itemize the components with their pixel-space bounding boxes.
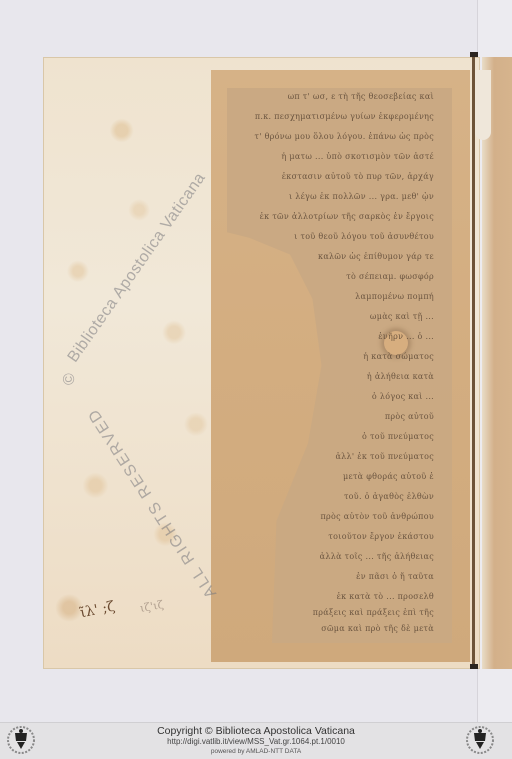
text-line: ὁ λόγος καὶ ... bbox=[349, 392, 434, 401]
text-line: ἐν πᾶσι ὁ ἤ ταῦτα bbox=[259, 572, 434, 581]
binding-tab-bottom bbox=[470, 664, 478, 669]
text-line: καλῶν ὡς ἐπίθυμον γάρ τε bbox=[284, 252, 434, 261]
text-line: τοῦ. ὁ ἀγαθὸς ἐλθὼν bbox=[309, 492, 434, 501]
manuscript-text: ωπ τ' ωσ, ε τὴ τῆς θεοσεβείας καὶ π.κ. π… bbox=[227, 88, 452, 643]
adjacent-leaf bbox=[482, 57, 512, 669]
permalink-url[interactable]: http://digi.vatlib.it/view/MSS_Vat.gr.10… bbox=[0, 737, 512, 747]
text-line: λαμπομένω πομπή bbox=[319, 292, 434, 301]
text-line: ὁ τοῦ πνεύματος bbox=[344, 432, 434, 441]
powered-by-text: powered by AMLAD-NTT DATA bbox=[0, 747, 512, 756]
text-line: ἐκ κατὰ τὸ ... προσελθ bbox=[259, 592, 434, 601]
binding-gutter bbox=[472, 57, 475, 669]
text-line: ἡ κατὰ σώματος bbox=[344, 352, 434, 361]
text-line: ἀλλὰ τοῖς ... τῆς ἀλήθειας bbox=[269, 552, 434, 561]
text-line: μετὰ φθοράς αὐτοῦ ἐ bbox=[324, 472, 434, 481]
text-line: πρὸς αὐτοῦ bbox=[349, 412, 434, 421]
binding-tab-top bbox=[470, 52, 478, 57]
text-line: ἐκ τῶν ἀλλοτρίων τῆς σαρκὸς ἐν ἔργοις bbox=[224, 212, 434, 221]
text-line: τ' θρόνω μου ὅλου λόγου. ἐπάνω ὡς πρὸς bbox=[229, 132, 434, 141]
copyright-footer: Copyright © Biblioteca Apostolica Vatica… bbox=[0, 722, 512, 759]
text-line: ἀλλ' ἐκ τοῦ πνεύματος bbox=[334, 452, 434, 461]
text-line: πράξεις καὶ πράξεις ἐπὶ τῆς bbox=[259, 608, 434, 617]
text-line: ωπ τ' ωσ, ε τὴ τῆς θεοσεβείας καὶ bbox=[229, 92, 434, 101]
vatican-library-seal-icon bbox=[4, 725, 38, 757]
copyright-text: Copyright © Biblioteca Apostolica Vatica… bbox=[0, 725, 512, 737]
text-line: ι τοῦ θεοῦ λόγου τοῦ ἀσυνθέτου bbox=[254, 232, 434, 241]
text-line: ι λέγω ἐκ πολλῶν ... γρα. μεθ' ᾧν bbox=[224, 192, 434, 201]
text-line: σῶμα καὶ πρὸ τῆς δὲ μετὰ bbox=[259, 624, 434, 633]
text-line: ἡ ἀλήθεια κατὰ bbox=[349, 372, 434, 381]
text-line: π.κ. πεσχηματισμένω γυίων ἐκφερομένης bbox=[229, 112, 434, 121]
image-viewer[interactable]: ωπ τ' ωσ, ε τὴ τῆς θεοσεβείας καὶ π.κ. π… bbox=[0, 0, 512, 722]
text-line: τοιοῦτον ἔργον ἑκάστου bbox=[279, 532, 434, 541]
text-line: ωμὰς καὶ τῇ ... bbox=[334, 312, 434, 321]
text-line: πρὸς αὐτὸν τοῦ ἀνθρώπου bbox=[294, 512, 434, 521]
text-line: ἡ ματω ... ὑπὸ σκοτισμὸν τῶν ἀστέ bbox=[229, 152, 434, 161]
vatican-library-seal-icon bbox=[463, 725, 497, 757]
text-line: τὸ σέπειαμ. φωσφόρ bbox=[304, 272, 434, 281]
torn-edge bbox=[475, 70, 491, 140]
text-line: ἐνῆρν ... ὁ ... bbox=[339, 332, 434, 341]
watermark-copyright: © bbox=[61, 373, 79, 385]
text-line: ἐκστασιν αὐτοῦ τὸ πυρ τῶν, ἀρχάγ bbox=[219, 172, 434, 181]
